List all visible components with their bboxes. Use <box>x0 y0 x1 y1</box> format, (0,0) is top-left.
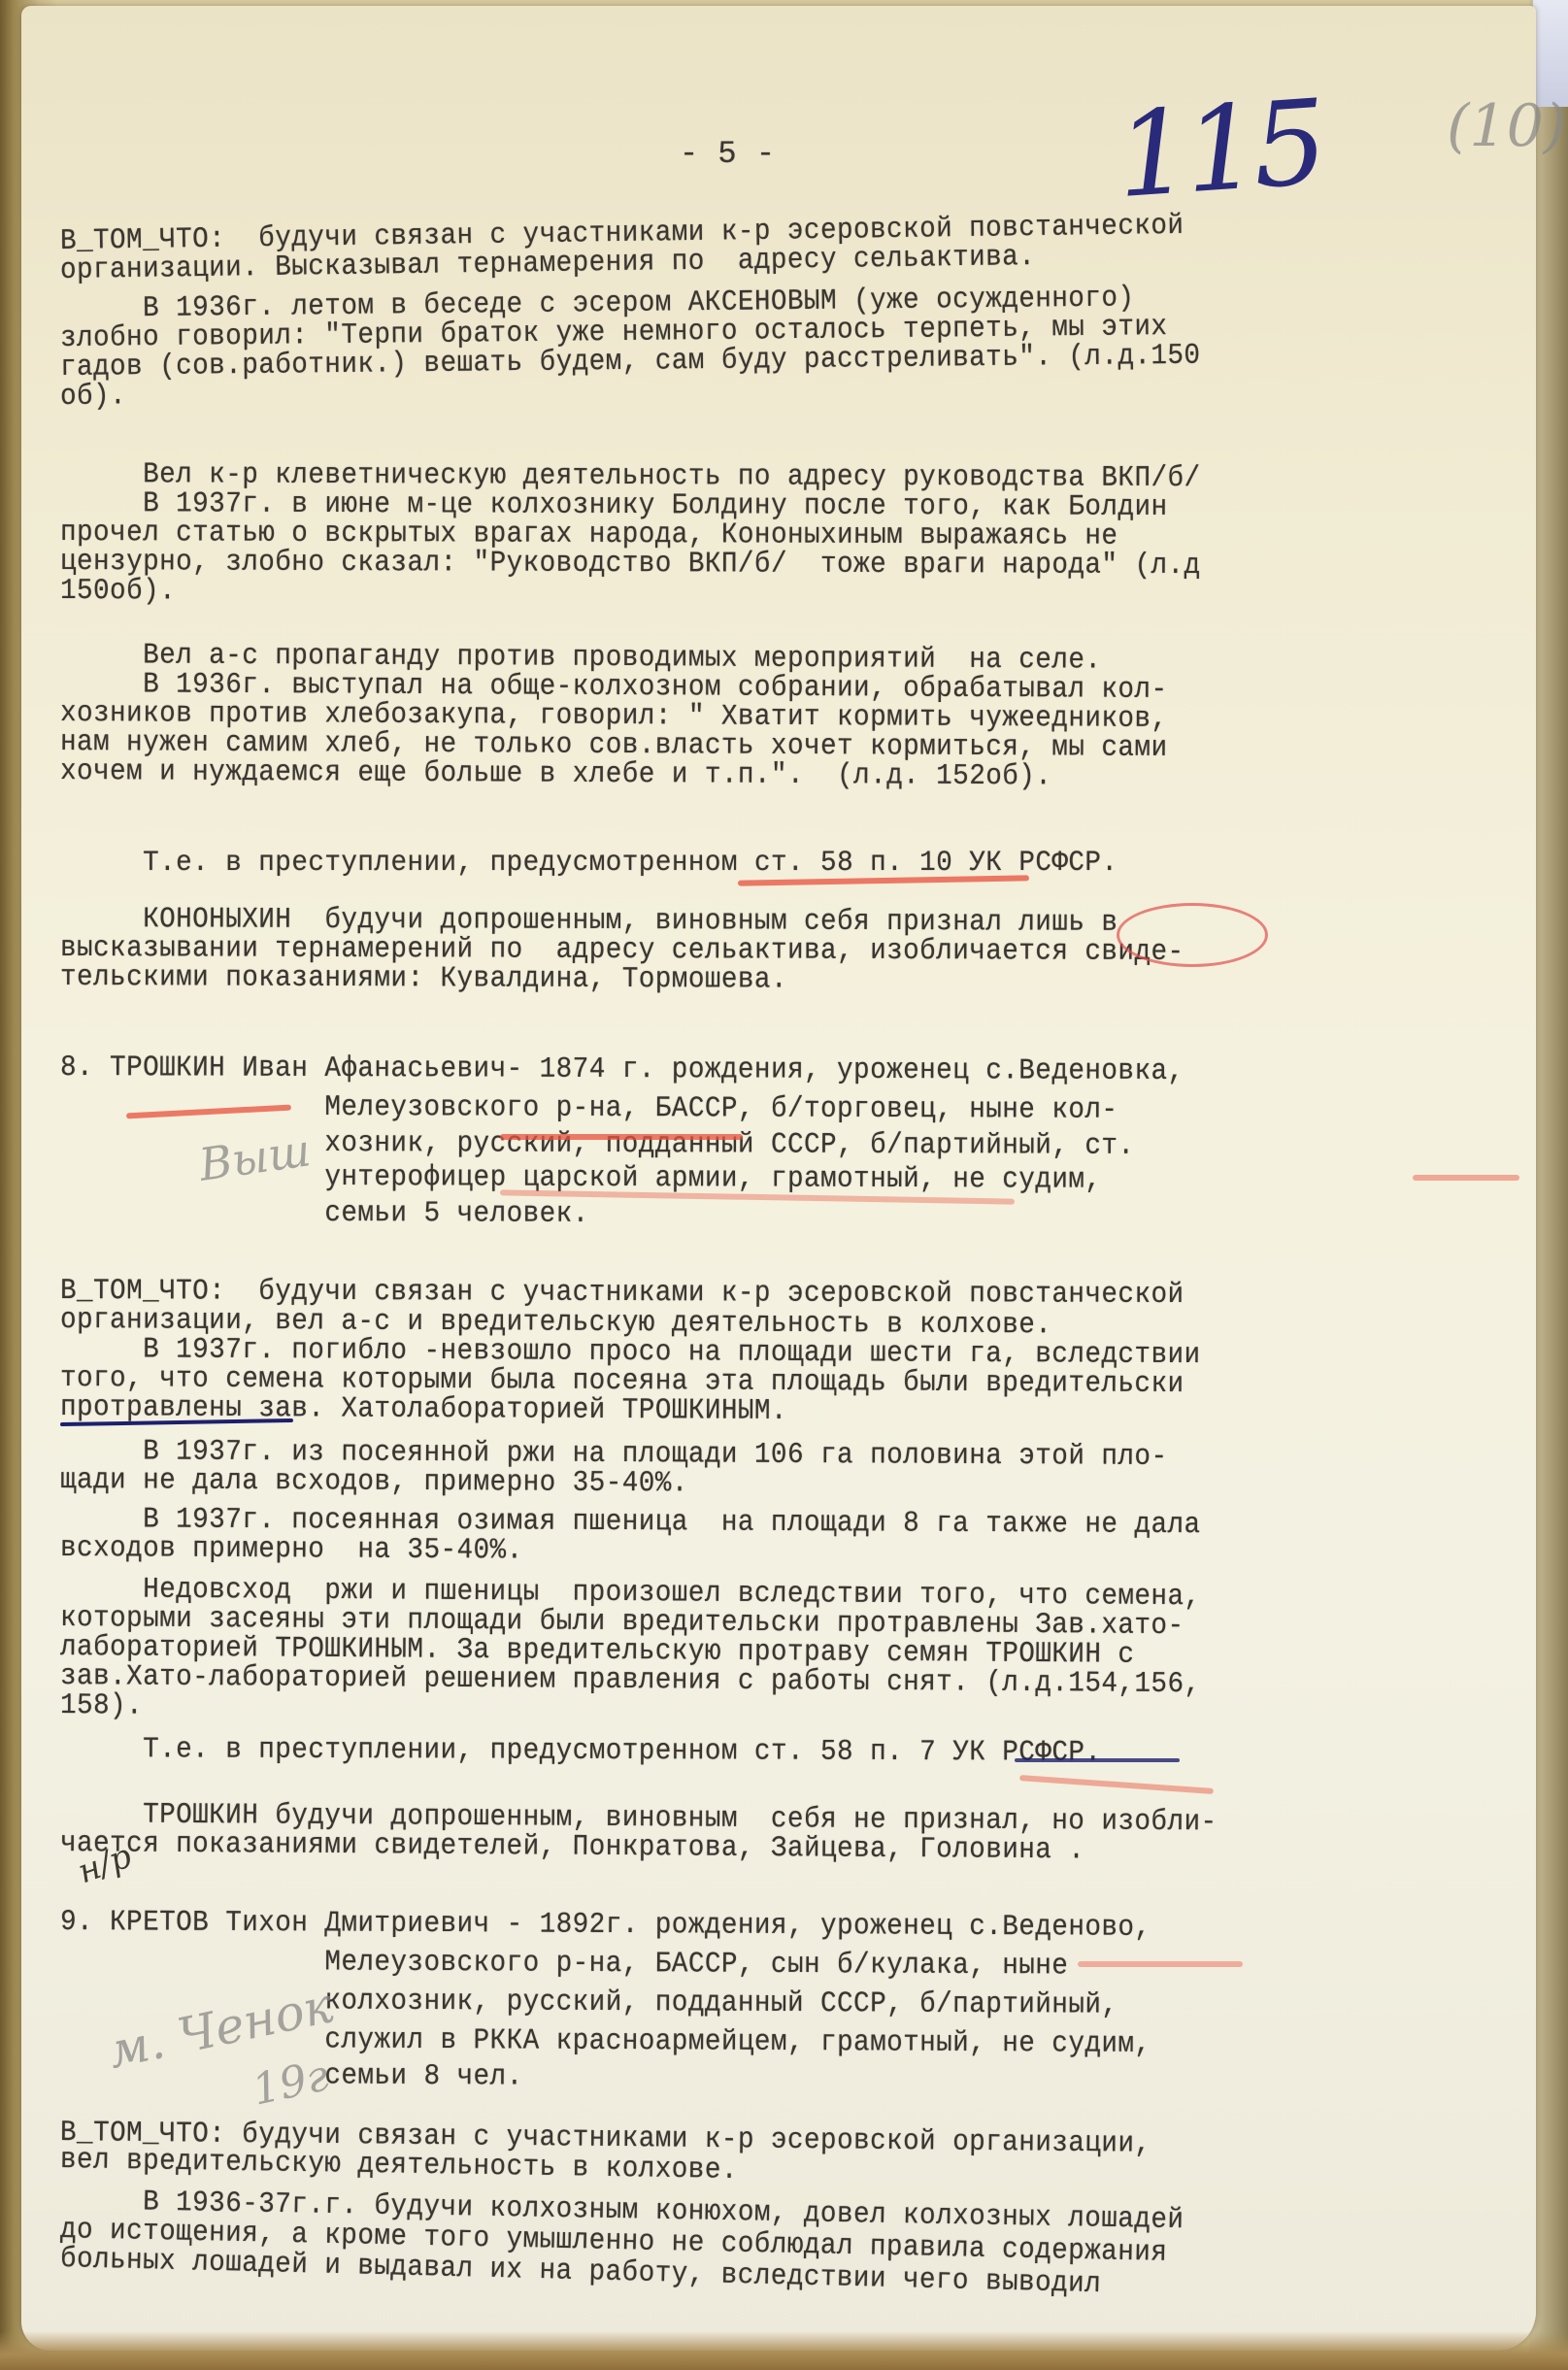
page-number: - 5 - <box>680 136 776 172</box>
table-surface <box>0 2331 1568 2370</box>
document-line: 150об). <box>60 575 176 608</box>
document-line: всходов примерно на 35-40%. <box>60 1532 523 1567</box>
document-line: хочем и нуждаемся еще больше в хлебе и т… <box>60 755 1052 793</box>
document-line: 8. ТРОШКИН Иван Афанасьевич- 1874 г. рож… <box>60 1051 1184 1088</box>
blue-underline-article-7 <box>1015 1758 1180 1762</box>
document-line: 158). <box>60 1689 143 1723</box>
red-underline-rank <box>1413 1175 1519 1181</box>
document-line: Т.е. в преступлении, предусмотренном ст.… <box>60 1733 1102 1770</box>
document-line: цензурно, злобно сказал: "Руководство ВК… <box>60 546 1201 583</box>
paper-clip-tab <box>1533 0 1568 107</box>
folio-number-handwritten: 115 <box>1112 76 1325 224</box>
red-underline-kulak <box>1078 1961 1243 1967</box>
document-line: тельскими показаниями: Кувалдина, Тормош… <box>60 961 787 997</box>
document-line: об). <box>60 380 126 414</box>
document-line: щади не дала всходов, примерно 35-40%. <box>60 1464 688 1500</box>
document-line: Т.е. в преступлении, предусмотренном ст.… <box>60 847 1118 880</box>
document-line: Мелеузовского р-на, БАССР, сын б/кулака,… <box>60 1945 1069 1983</box>
red-circle-admitted <box>1117 903 1268 967</box>
document-line: семьи 5 человек. <box>60 1196 589 1231</box>
corner-pencil-mark: (10) <box>1447 92 1566 160</box>
document-line: 9. КРЕТОВ Тихон Дмитриевич - 1892г. рожд… <box>60 1906 1151 1945</box>
red-underline-trader <box>500 1134 743 1140</box>
